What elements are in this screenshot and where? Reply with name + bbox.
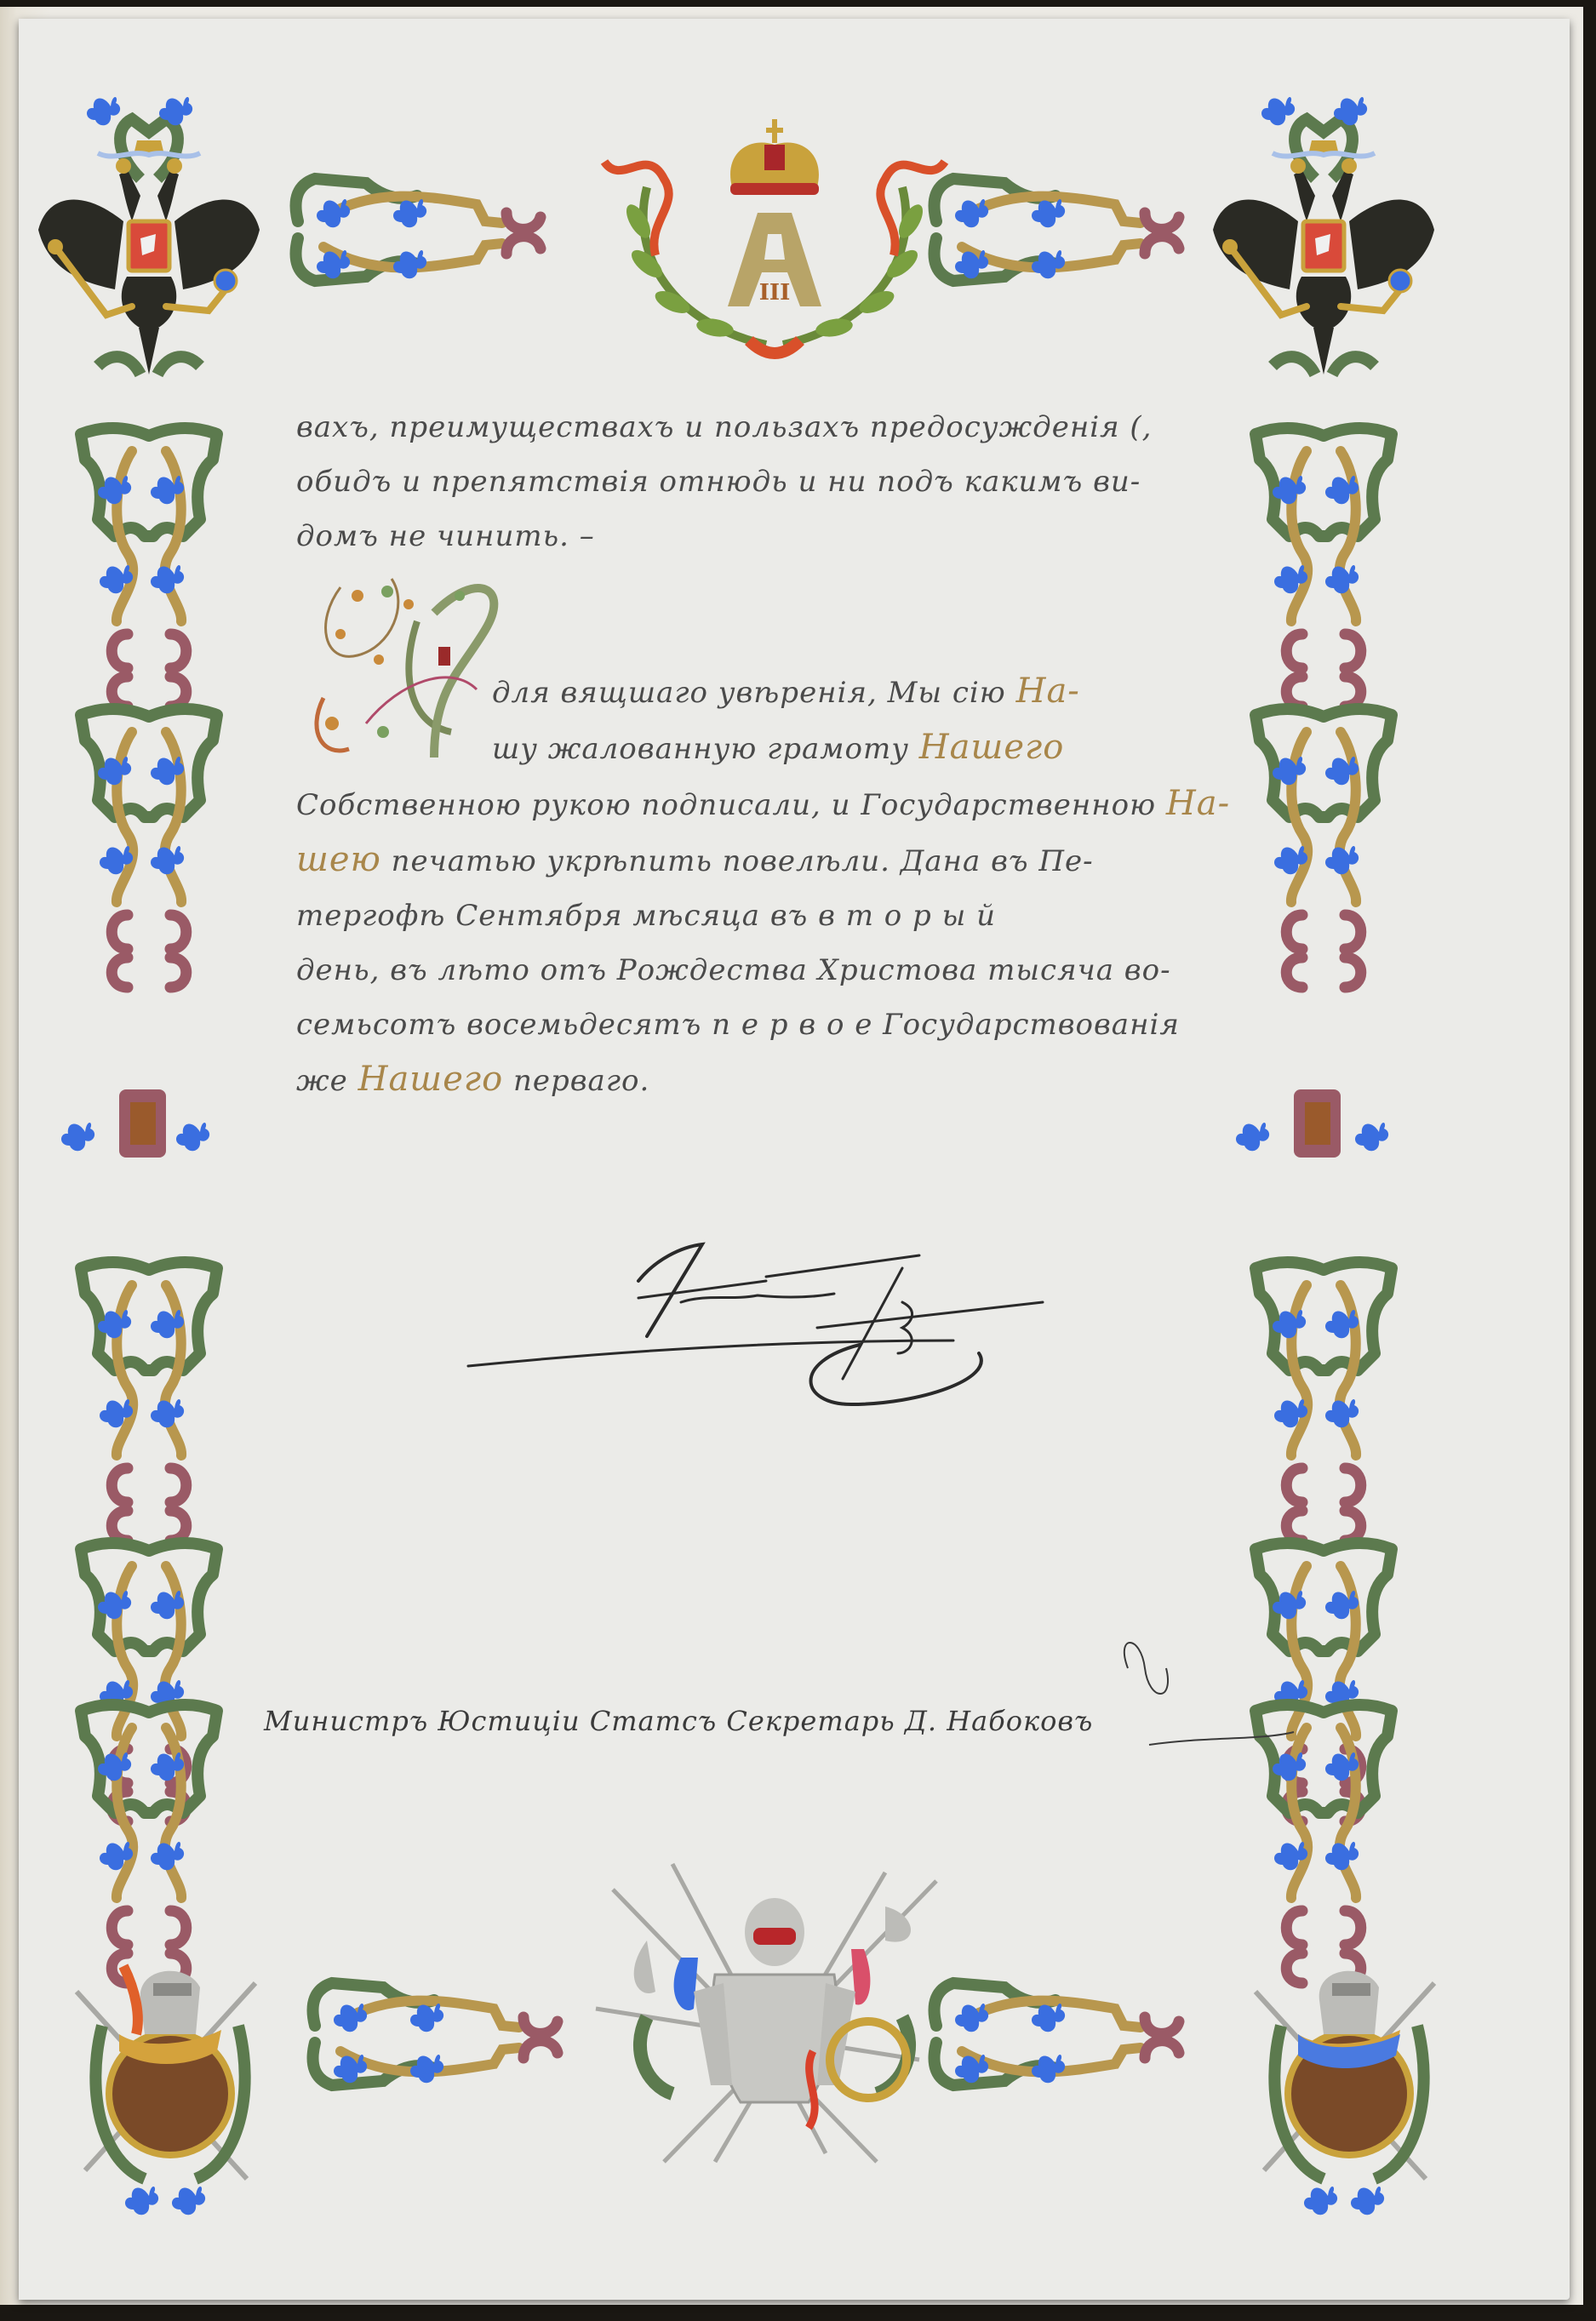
- armor-trophy: [596, 1864, 936, 2162]
- top-left-eagle-emblem: [38, 119, 260, 374]
- text-line: же Нашего перваго.: [296, 1052, 1233, 1108]
- right-cartouche: [1236, 1089, 1388, 1158]
- left-border: [81, 428, 217, 1983]
- text-line: шу жалованную грамоту Нашего: [296, 720, 1233, 776]
- text-line: для вящшаго увѣренія, Мы сію На-: [296, 664, 1233, 720]
- text-line: обидъ и препятствія отнюдь и ни подъ как…: [296, 454, 1224, 509]
- text-line: день, въ лѣто отъ Рождества Христова тыс…: [296, 943, 1233, 998]
- bottom-left-trophy: [77, 1966, 255, 2215]
- crown-monogram: [604, 119, 945, 353]
- countersignature-flourish: [1124, 1643, 1294, 1745]
- monogram-numeral: III: [759, 280, 791, 306]
- text-line: домъ не чинить. –: [296, 509, 1224, 563]
- right-border: [1256, 428, 1392, 1983]
- countersignature: Министръ Юстиціи Статсъ Секретарь Д. Наб…: [264, 1694, 1093, 1748]
- paragraph-2: для вящшаго увѣренія, Мы сію На- шу жало…: [296, 664, 1233, 1108]
- text-line: тергофѣ Сентября мѣсяца въ в т о р ы й: [296, 889, 1233, 943]
- imperial-signature: [468, 1244, 1043, 1404]
- left-cartouche: [61, 1089, 209, 1158]
- top-right-eagle-emblem: [1213, 119, 1434, 374]
- ornamental-frame: III: [0, 0, 1596, 2321]
- text-line: Собственною рукою подписали, и Государст…: [296, 776, 1233, 832]
- bottom-right-trophy: [1256, 1971, 1434, 2215]
- text-line: вахъ, преимуществахъ и пользахъ предосуж…: [296, 400, 1224, 454]
- text-line: семьсотъ восемьдесятъ п е р в о е Госуда…: [296, 998, 1233, 1052]
- paragraph-1: вахъ, преимуществахъ и пользахъ предосуж…: [296, 400, 1224, 563]
- text-line: шею печатью укрѣпить повелѣли. Дана въ П…: [296, 832, 1233, 889]
